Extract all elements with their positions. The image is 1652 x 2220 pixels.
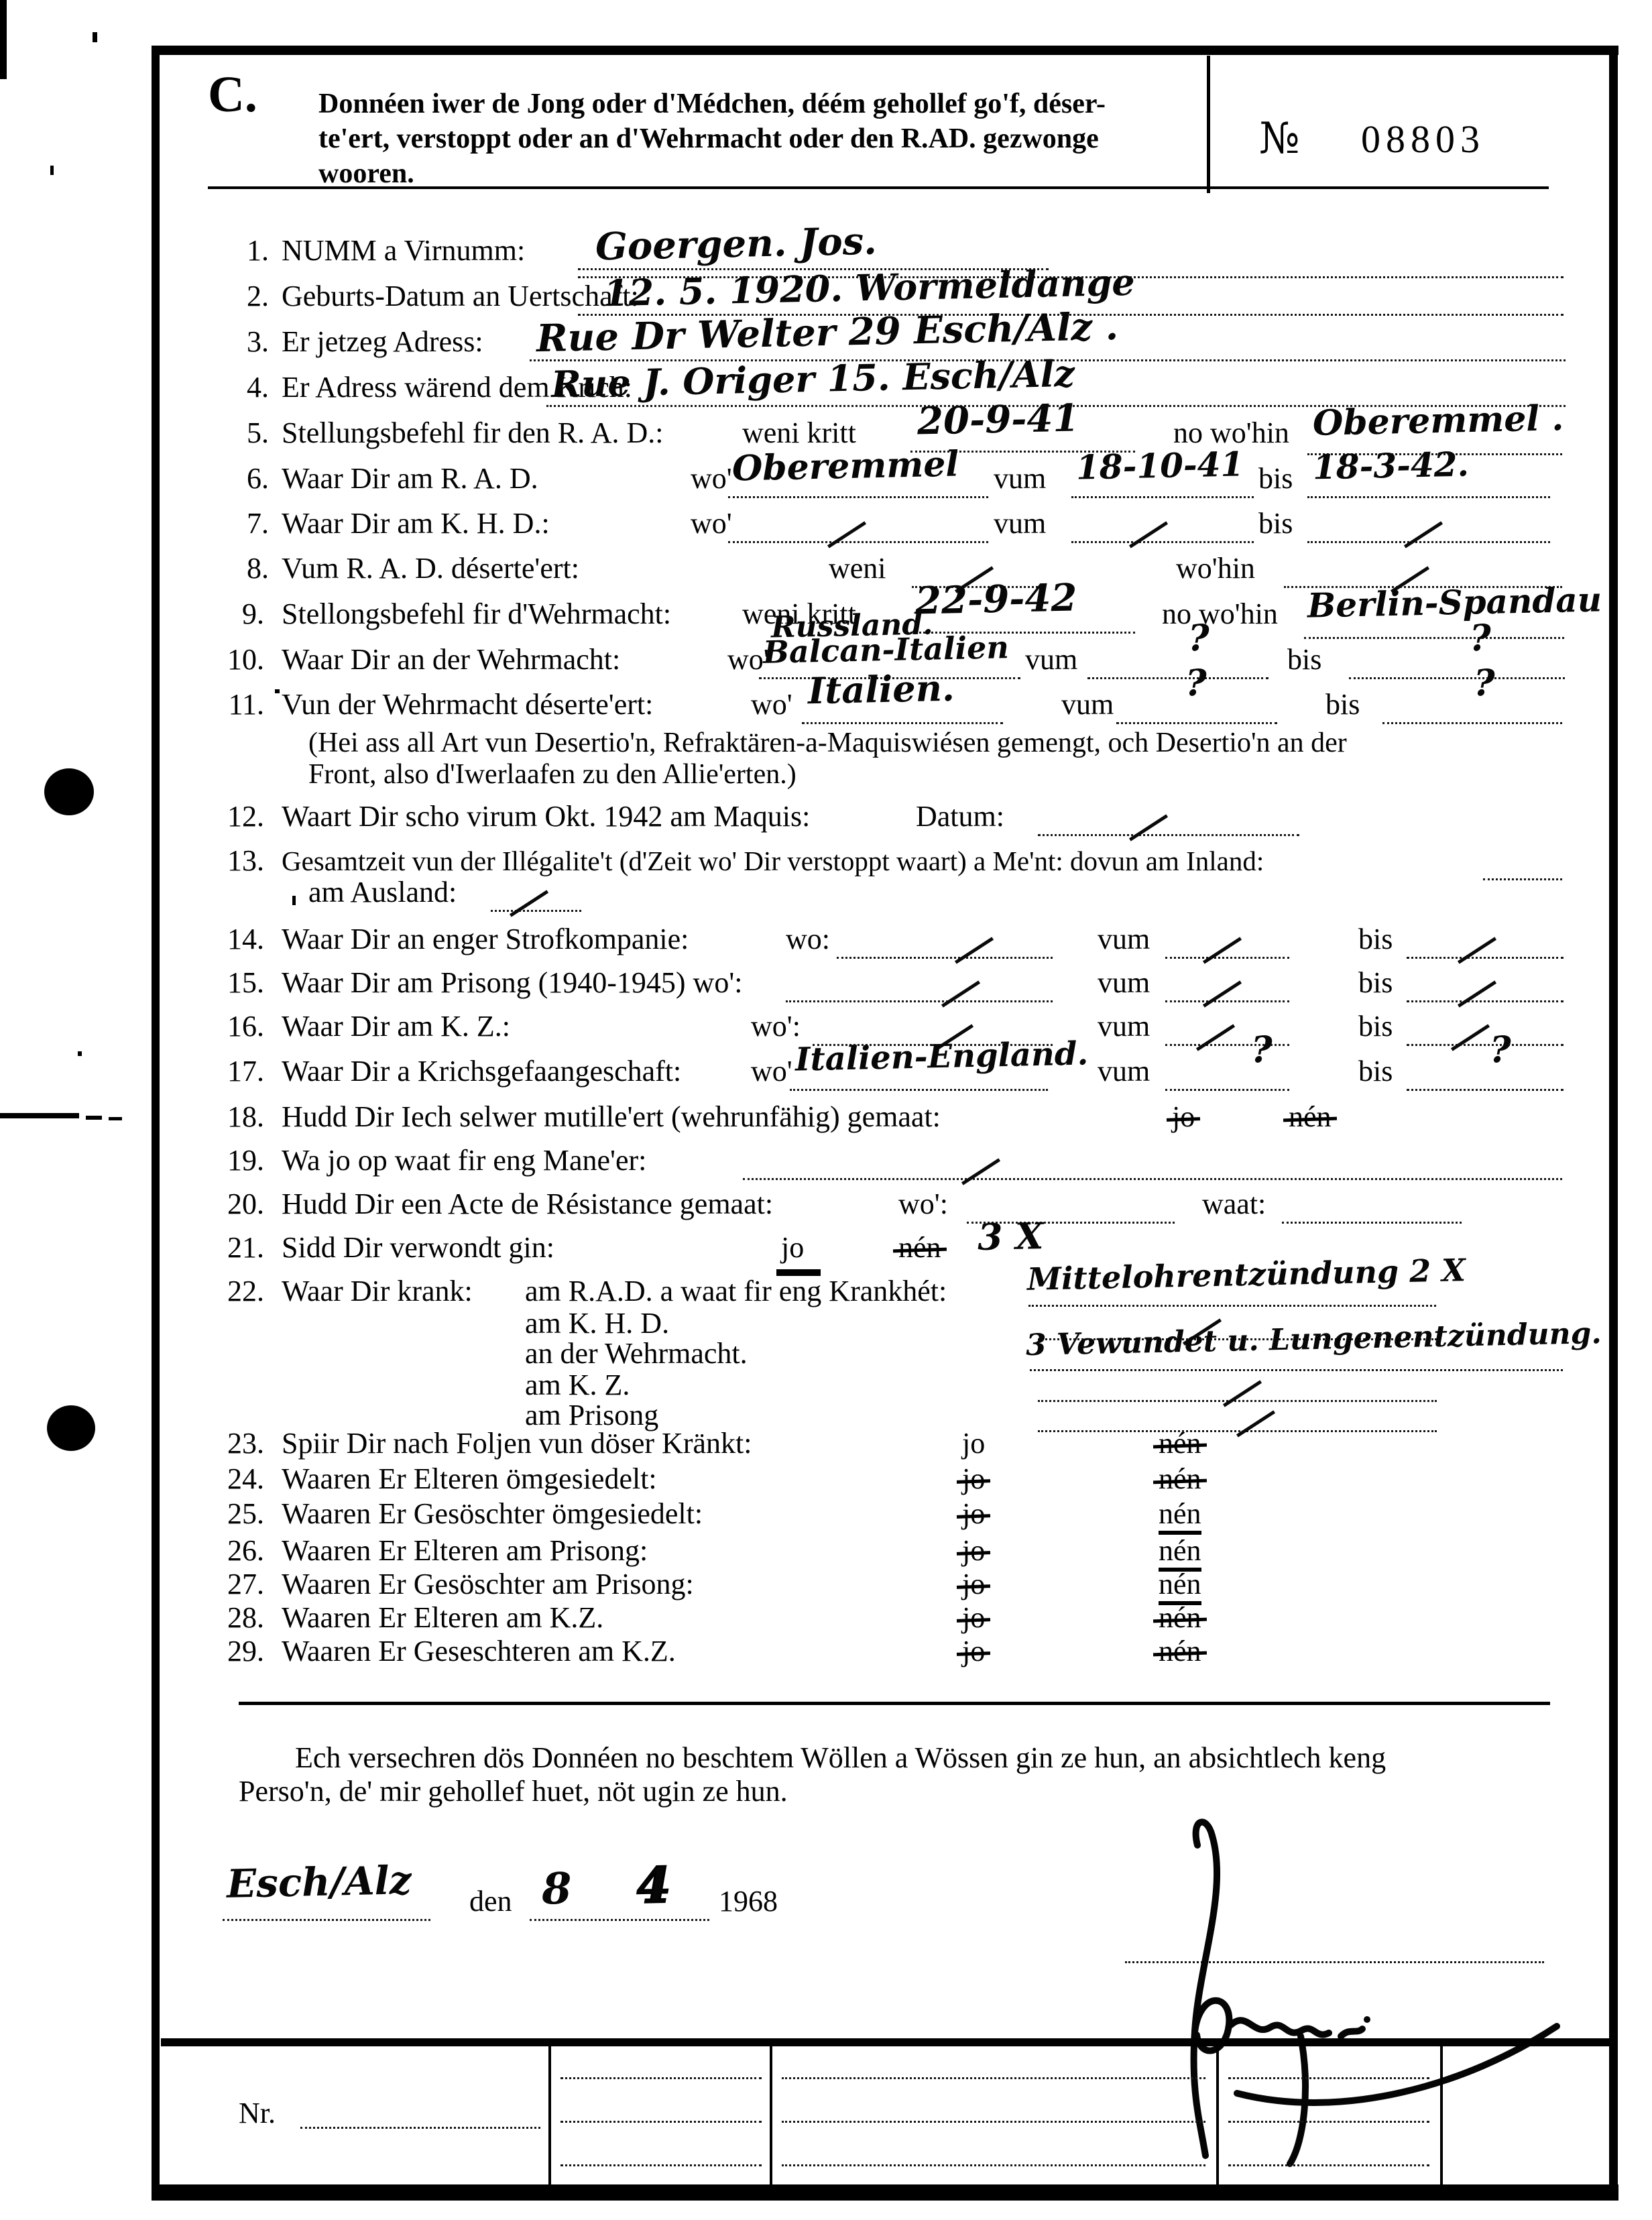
item-label: Stellongsbefehl fir d'Wehrmacht: [282, 598, 671, 630]
field-label-vum: vum [1098, 1010, 1150, 1043]
item-number: 9. [221, 598, 264, 630]
item-number: 24. [221, 1463, 264, 1495]
scan-artifact [78, 1051, 82, 1056]
slash-mark [1458, 937, 1496, 963]
item-label-continued: am Ausland: [308, 876, 457, 909]
nen-option: nén [1159, 1602, 1201, 1634]
page-border-left [152, 46, 160, 2199]
item-number: 29. [221, 1635, 264, 1668]
field-label-bis: bis [1258, 463, 1293, 495]
dotted-line [1228, 2121, 1429, 2123]
dotted-line [1228, 2164, 1429, 2166]
handwritten-entry: 18-10-41 [1076, 447, 1244, 484]
item-label: Waaren Er Elteren ömgesiedelt: [282, 1463, 657, 1495]
item-label: Waar Dir am K. Z.: [282, 1010, 510, 1043]
scan-artifact [93, 32, 97, 42]
jo-option: jo [962, 1427, 985, 1460]
field-label-wohin: wo'hin [1176, 552, 1255, 585]
nen-option: nén [1159, 1498, 1201, 1530]
item-number: 25. [221, 1498, 264, 1530]
handwritten-entry: 3 X [977, 1218, 1043, 1255]
dotted-line [1165, 1089, 1289, 1091]
scan-artifact [0, 0, 7, 79]
dotted-line [560, 2121, 762, 2123]
item-number: 8. [226, 552, 269, 585]
dotted-line [1304, 637, 1564, 639]
handwritten-question-mark: ? [1474, 664, 1495, 701]
nen-option: nén [1159, 1427, 1201, 1460]
item-note-line2: Front, also d'Iwerlaafen zu den Allie'er… [308, 759, 796, 790]
date-year: 1968 [719, 1885, 778, 1918]
jo-option: jo [962, 1635, 985, 1668]
field-label-wo: wo' [691, 463, 732, 495]
dotted-line [1407, 1044, 1563, 1046]
field-label-wo: wo' [691, 508, 732, 540]
item-number: 10. [221, 644, 264, 676]
handwritten-question-mark: ? [1188, 620, 1209, 656]
section-divider [239, 1702, 1550, 1705]
form-serial-number: 08803 [1361, 118, 1485, 161]
field-label-wo: wo': [751, 1010, 801, 1043]
item-number: 13. [221, 845, 264, 877]
field-label-vum: vum [994, 463, 1046, 495]
item-number: 18. [221, 1101, 264, 1133]
item-label: Waar Dir am Prisong (1940-1945) wo': [282, 967, 742, 999]
slash-mark [1236, 1410, 1275, 1437]
item-sublabel: am K. H. D. [525, 1307, 669, 1340]
item-label: Hudd Dir Iech selwer mutille'ert (wehrun… [282, 1101, 941, 1133]
item-number: 21. [221, 1232, 264, 1264]
dotted-line [802, 722, 1003, 724]
item-label: Waaren Er Elteren am K.Z. [282, 1602, 603, 1634]
dotted-line [1165, 1000, 1289, 1002]
slash-mark [510, 890, 548, 917]
dotted-line [782, 2121, 1205, 2123]
dotted-line [1165, 957, 1289, 959]
item-label: Hudd Dir een Acte de Résistance gemaat: [282, 1188, 773, 1220]
field-label-vum: vum [1098, 967, 1150, 999]
nen-option: nén [1289, 1101, 1332, 1133]
handwritten-entry: 12. 5. 1920. Wormeldange [603, 264, 1136, 312]
item-label: Spiir Dir nach Foljen vun döser Kränkt: [282, 1427, 752, 1460]
dotted-line [1087, 677, 1268, 679]
handwritten-entry: 18-3-42. [1313, 448, 1470, 485]
table-column-line [1216, 2046, 1219, 2184]
nen-option: nén [1159, 1635, 1201, 1668]
field-label-bis: bis [1358, 1010, 1393, 1043]
item-number: 2. [226, 280, 269, 312]
handwritten-question-mark: ? [1251, 1031, 1273, 1067]
slash-mark [1203, 937, 1242, 963]
jo-option: jo [781, 1232, 804, 1264]
item-label: Waaren Er Gesöschter ömgesiedelt: [282, 1498, 703, 1530]
field-label-vum: vum [1098, 923, 1150, 955]
item-note-line1: (Hei ass all Art vun Desertio'n, Refrakt… [308, 727, 1347, 758]
handwritten-entry: Italien. [807, 670, 955, 709]
item-label: Waar Dir an der Wehrmacht: [282, 644, 620, 676]
item-label: Gesamtzeit vun der Illégalite't (d'Zeit … [282, 846, 1264, 876]
nen-option: nén [1159, 1535, 1201, 1567]
dotted-line [1030, 1369, 1563, 1371]
scan-artifact [50, 166, 54, 175]
header-underline [208, 186, 1549, 189]
scan-artifact [109, 1117, 122, 1120]
dotted-line [1038, 1400, 1437, 1402]
scan-artifact [0, 1113, 79, 1118]
field-label-bis: bis [1325, 689, 1360, 721]
dotted-line [782, 2164, 1205, 2166]
signature [1100, 1804, 1609, 2179]
handwritten-entry: 3 Vewundet u. Lungenentzündung. [1026, 1319, 1602, 1360]
dotted-line [1071, 496, 1254, 498]
scanned-form-page: C. Donnéen iwer de Jong oder d'Médchen, … [0, 0, 1652, 2220]
slash-mark [941, 980, 980, 1007]
item-label: Waar Dir an enger Strofkompanie: [282, 923, 689, 955]
item-number: 27. [221, 1568, 264, 1600]
slash-mark [1129, 521, 1168, 548]
header-paragraph-line1: Donnéen iwer de Jong oder d'Médchen, déé… [318, 87, 1106, 121]
dotted-line [1038, 834, 1299, 836]
dotted-line [1028, 1305, 1436, 1307]
handwritten-month: 4 [636, 1861, 671, 1910]
field-label-vum: vum [1098, 1055, 1150, 1088]
field-label-weni-kritt: weni kritt [742, 417, 856, 449]
item-number: 14. [221, 923, 264, 955]
field-label-wo: wo': [898, 1188, 948, 1220]
page-border-right [1609, 46, 1618, 2199]
dotted-line [1038, 1430, 1437, 1432]
item-number: 23. [221, 1427, 264, 1460]
item-label: Waaren Er Elteren am Prisong: [282, 1535, 648, 1567]
field-label-vum: vum [1061, 689, 1114, 721]
item-label: Geburts-Datum an Uertschaft: [282, 280, 639, 312]
nen-option: nén [1159, 1463, 1201, 1495]
hole-punch-mark [44, 768, 94, 815]
handwritten-place: Esch/Alz [226, 1861, 412, 1904]
date-den-label: den [469, 1885, 512, 1918]
header-paragraph-line2: te'ert, verstoppt oder an d'Wehrmacht od… [318, 122, 1099, 156]
jo-option: jo [962, 1463, 985, 1495]
handwritten-entry: 22-9-42 [914, 579, 1077, 620]
item-label: Waaren Er Gesöschter am Prisong: [282, 1568, 694, 1600]
scan-artifact [292, 896, 296, 905]
dotted-line [1407, 957, 1563, 959]
item-number: 19. [221, 1145, 264, 1177]
nen-option: nén [1159, 1568, 1201, 1600]
item-label: Waar Dir a Krichsgefaangeschaft: [282, 1055, 681, 1088]
field-label-no-wohin: no wo'hin [1162, 598, 1278, 630]
field-label-bis: bis [1287, 644, 1321, 676]
numero-sign: № [1259, 115, 1300, 162]
dotted-line [1483, 878, 1562, 880]
handwritten-entry: Rue J. Origer 15. Esch/Alz [551, 355, 1075, 402]
dotted-line [728, 496, 988, 498]
slash-mark [1196, 1024, 1235, 1051]
slash-mark [1223, 1380, 1262, 1407]
item-number: 11. [221, 689, 264, 721]
item-number: 22. [221, 1275, 264, 1307]
scan-artifact [86, 1116, 102, 1120]
dotted-line [491, 910, 581, 912]
slash-mark [1203, 980, 1242, 1007]
field-label-weni: weni [829, 552, 886, 585]
dotted-line [1307, 496, 1550, 498]
jo-option: jo [962, 1535, 985, 1567]
dotted-line [1228, 2077, 1429, 2079]
jo-option: jo [1172, 1101, 1195, 1133]
handwritten-question-mark: ? [1185, 664, 1207, 701]
nen-option: nén [898, 1232, 941, 1264]
handwritten-entry: Rue Dr Welter 29 Esch/Alz . [536, 308, 1119, 357]
item-number: 15. [221, 967, 264, 999]
item-number: 26. [221, 1535, 264, 1567]
slash-mark [1458, 980, 1496, 1007]
slash-mark [961, 1158, 1000, 1185]
dotted-line [837, 957, 1053, 959]
page-border-bottom [152, 2184, 1618, 2201]
handwritten-entry: Goergen. Jos. [595, 223, 877, 266]
dotted-line [1382, 722, 1562, 724]
table-top-rule [161, 2038, 1610, 2046]
item-label: Waaren Er Geseschteren am K.Z. [282, 1635, 676, 1668]
slash-mark [827, 521, 866, 548]
field-label-bis: bis [1358, 967, 1393, 999]
dotted-line [1349, 677, 1565, 679]
handwritten-entry: Oberemmel . [1312, 401, 1563, 441]
handwritten-question-mark: ? [1490, 1031, 1511, 1067]
field-label-bis: bis [1358, 923, 1393, 955]
item-label: Waar Dir am R. A. D. [282, 463, 538, 495]
declaration-line1: Ech versechren dös Donnéen no beschtem W… [295, 1742, 1386, 1774]
dotted-line [728, 541, 988, 543]
dotted-line [782, 2077, 1205, 2079]
field-label-datum: Datum: [916, 801, 1004, 833]
handwritten-entry: Berlin-Spandau [1307, 583, 1602, 622]
dotted-line [1282, 1222, 1462, 1224]
slash-mark [1129, 814, 1168, 841]
field-label-vum: vum [1025, 644, 1077, 676]
field-label-wo: wo' [751, 689, 792, 721]
scan-artifact [275, 689, 280, 693]
dotted-line [1307, 541, 1550, 543]
section-letter: C. [208, 67, 257, 123]
jo-option: jo [962, 1568, 985, 1600]
item-number: 4. [226, 371, 269, 404]
dotted-line [530, 1919, 709, 1921]
jo-option: jo [962, 1602, 985, 1634]
item-sublabel: an der Wehrmacht. [525, 1338, 748, 1370]
table-column-line [1440, 2046, 1443, 2184]
item-label: Sidd Dir verwondt gin: [282, 1232, 554, 1264]
declaration-line2: Perso'n, de' mir gehollef huet, nöt ugin… [239, 1775, 788, 1808]
handwritten-entry: Balcan-Italien [763, 632, 1010, 668]
item-number: 6. [226, 463, 269, 495]
item-label: Waar Dir krank: [282, 1275, 473, 1307]
dotted-line [560, 2077, 762, 2079]
item-number: 17. [221, 1055, 264, 1088]
item-number: 7. [226, 508, 269, 540]
handwritten-day: 8 [541, 1868, 572, 1912]
dotted-line [560, 2164, 762, 2166]
table-column-line [548, 2046, 551, 2184]
item-number: 16. [221, 1010, 264, 1043]
field-label-waat: waat: [1202, 1188, 1266, 1220]
dotted-line [786, 1000, 1053, 1002]
header-paragraph-line3: wooren. [318, 157, 414, 190]
field-label-bis: bis [1358, 1055, 1393, 1088]
dotted-line [1116, 722, 1277, 724]
field-label-wo: wo' [751, 1055, 792, 1088]
item-number: 20. [221, 1188, 264, 1220]
page-border-top [152, 46, 1618, 55]
item-label: Er jetzeg Adress: [282, 326, 483, 358]
table-column-line [770, 2046, 772, 2184]
item-number: 1. [226, 235, 269, 267]
field-label-wo: wo: [786, 923, 830, 955]
item-number: 28. [221, 1602, 264, 1634]
handwritten-entry: Mittelohrentzündung 2 X [1027, 1254, 1466, 1295]
hole-punch-mark [47, 1405, 95, 1451]
item-sublabel: am K. Z. [525, 1369, 630, 1401]
item-label: Waart Dir scho virum Okt. 1942 am Maquis… [282, 801, 810, 833]
nr-label: Nr. [239, 2097, 276, 2129]
dotted-line [743, 1178, 1562, 1180]
header-number-divider [1207, 56, 1210, 193]
item-label: Wa jo op waat fir eng Mane'er: [282, 1145, 646, 1177]
item-sublabel: am R.A.D. a waat fir eng Krankhét: [525, 1275, 947, 1307]
field-label-vum: vum [994, 508, 1046, 540]
item-label: Waar Dir am K. H. D.: [282, 508, 550, 540]
item-number: 12. [221, 801, 264, 833]
item-label: Stellungsbefehl fir den R. A. D.: [282, 417, 664, 449]
handwritten-entry: Italien-England. [795, 1037, 1089, 1075]
item-number: 3. [226, 326, 269, 358]
dotted-line [1407, 1000, 1563, 1002]
item-label: Vum R. A. D. déserte'ert: [282, 552, 579, 585]
item-label: NUMM a Virnumm: [282, 235, 525, 267]
handwritten-question-mark: ? [1470, 620, 1491, 656]
handwritten-entry: Oberemmel [731, 447, 959, 486]
dotted-line [223, 1919, 430, 1921]
dotted-line [1071, 541, 1254, 543]
dotted-line [1407, 1089, 1563, 1091]
slash-mark [1404, 521, 1443, 548]
slash-mark [955, 937, 994, 963]
dotted-line [300, 2127, 540, 2129]
field-label-bis: bis [1258, 508, 1293, 540]
dotted-line [790, 1089, 1048, 1091]
item-label: Vun der Wehrmacht déserte'ert: [282, 689, 653, 721]
item-number: 5. [226, 417, 269, 449]
handwritten-entry: 20-9-41 [917, 399, 1079, 440]
jo-option: jo [962, 1498, 985, 1530]
slash-mark [1451, 1024, 1490, 1051]
